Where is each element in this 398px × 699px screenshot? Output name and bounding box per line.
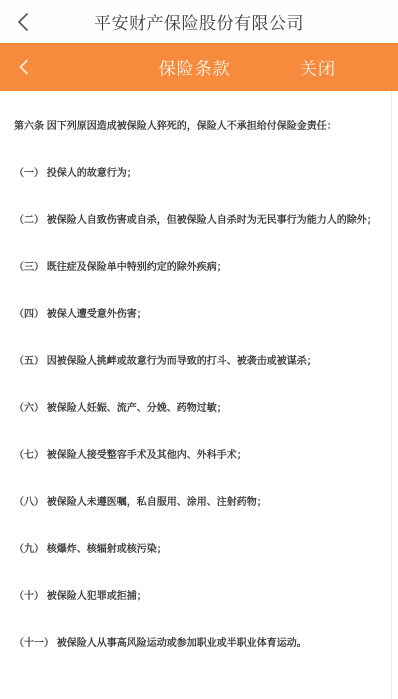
clause-item: （二） 被保险人自致伤害或自杀，但被保险人自杀时为无民事行为能力人的除外； — [14, 214, 382, 227]
clause-list: （一） 投保人的故意行为； （二） 被保险人自致伤害或自杀，但被保险人自杀时为无… — [14, 167, 382, 650]
back-icon[interactable] — [12, 11, 34, 33]
clause-item: （九） 核爆炸、核辐射或核污染； — [14, 543, 382, 556]
close-button[interactable]: 关闭 — [300, 55, 336, 80]
chevron-left-icon — [16, 12, 30, 32]
clause-item: （六） 被保险人妊娠、流产、分娩、药物过敏； — [14, 402, 382, 415]
clause-item: （四） 被保人遭受意外伤害； — [14, 308, 382, 321]
chevron-left-icon — [18, 59, 29, 75]
toolbar-title: 保险条款 — [159, 55, 231, 80]
clause-item: （十） 被保险人犯罪或拒捕； — [14, 590, 382, 603]
app-title: 平安财产保险股份有限公司 — [94, 9, 304, 34]
toolbar-back-icon[interactable] — [14, 57, 32, 77]
clause-item: （十一） 被保险人从事高风险运动或参加职业或半职业体育运动。 — [14, 637, 382, 650]
content-right-divider — [391, 91, 392, 699]
clause-intro: 第六条 因下列原因造成被保险人猝死的，保险人不承担给付保险金责任： — [14, 120, 382, 133]
clause-item: （五） 因被保险人挑衅或故意行为而导致的打斗、被袭击或被谋杀； — [14, 355, 382, 368]
app-header: 平安财产保险股份有限公司 — [0, 0, 398, 43]
clause-item: （七） 被保险人接受整容手术及其他内、外科手术； — [14, 449, 382, 462]
clause-item: （八） 被保险人未遵医嘱，私自服用、涂用、注射药物； — [14, 496, 382, 509]
app-screen: 平安财产保险股份有限公司 保险条款 关闭 第六条 因下列原因造成被保险人猝死的，… — [0, 0, 398, 699]
clause-item: （三） 既往症及保险单中特别约定的除外疾病； — [14, 261, 382, 274]
policy-document[interactable]: 第六条 因下列原因造成被保险人猝死的，保险人不承担给付保险金责任： （一） 投保… — [0, 91, 398, 699]
toolbar: 保险条款 关闭 — [0, 43, 398, 91]
clause-item: （一） 投保人的故意行为； — [14, 167, 382, 180]
